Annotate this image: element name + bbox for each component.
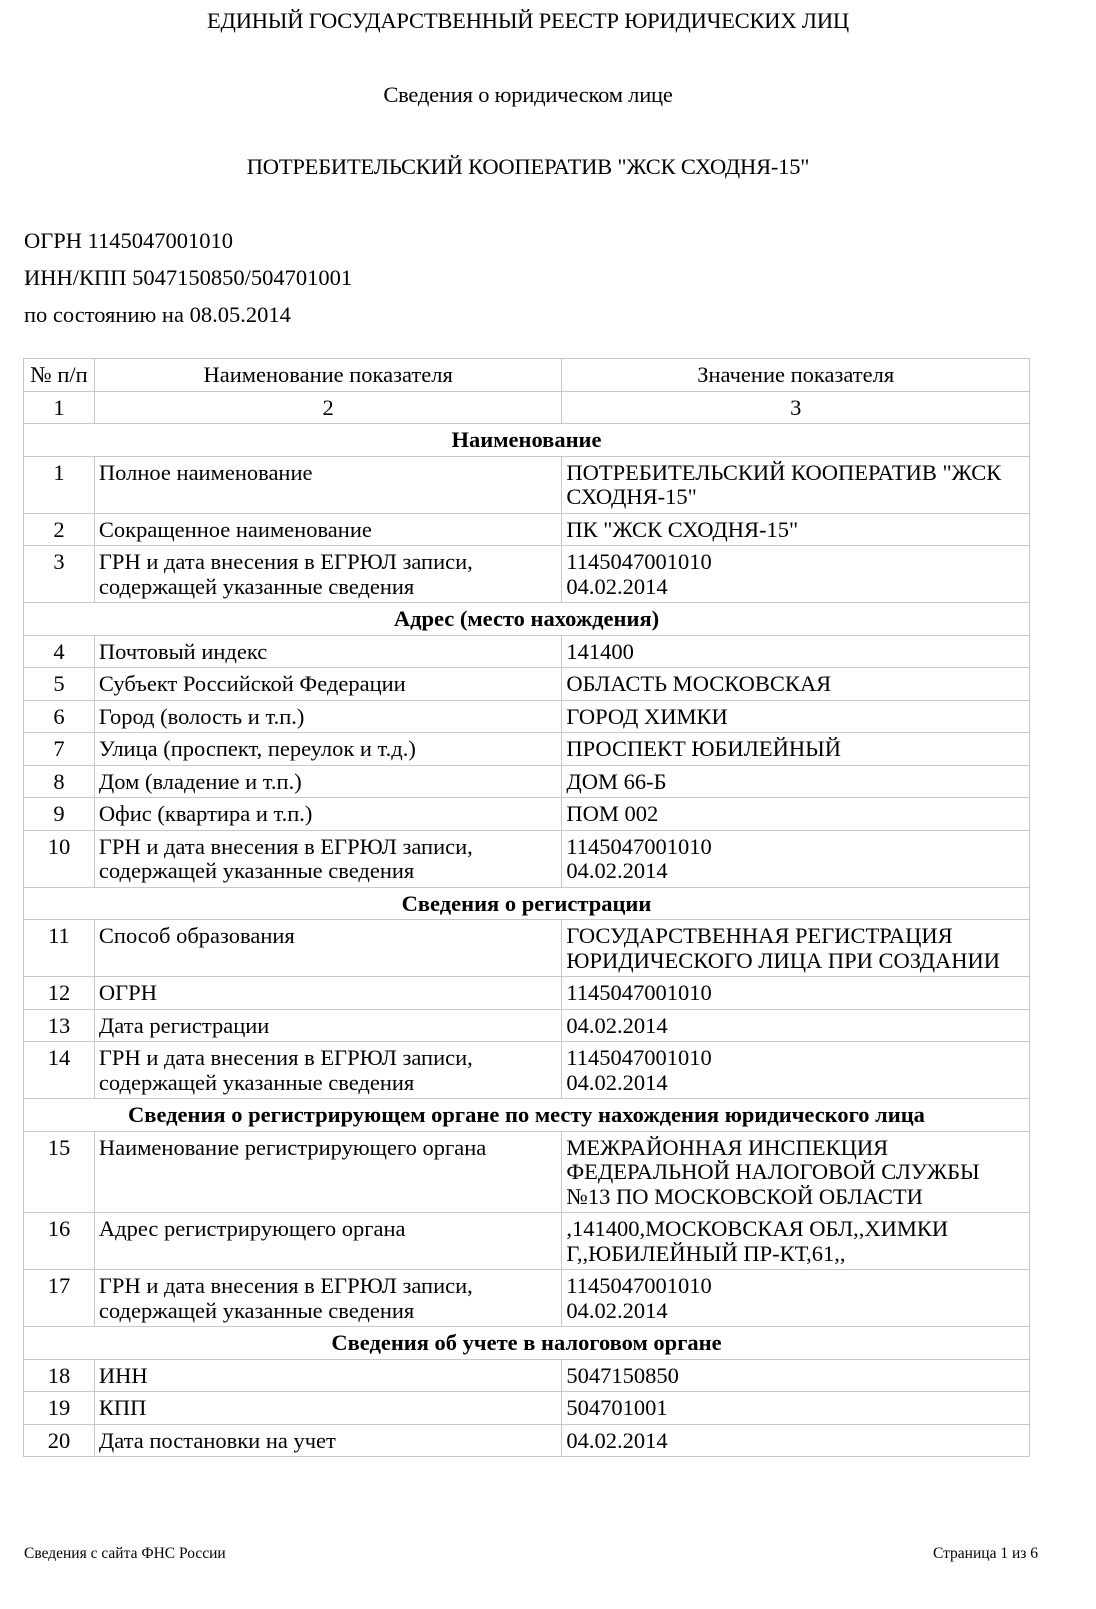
table-row: 11Способ образованияГОСУДАРСТВЕННАЯ РЕГИ… [24,920,1030,977]
table-row: 10ГРН и дата внесения в ЕГРЮЛ записи, со… [24,830,1030,887]
row-number: 12 [24,977,95,1010]
indicator-value: 5047150850 [562,1359,1030,1392]
section-header-row: Сведения о регистрации [24,887,1030,920]
row-number: 20 [24,1424,95,1457]
table-header-row: № п/п Наименование показателя Значение п… [24,359,1030,392]
section-header-row: Сведения об учете в налоговом органе [24,1327,1030,1360]
indicator-name: Дата постановки на учет [94,1424,561,1457]
header-indicator-value: Значение показателя [562,359,1030,392]
indicator-name: ГРН и дата внесения в ЕГРЮЛ записи, соде… [94,1270,561,1327]
footer-source: Сведения с сайта ФНС России [24,1545,226,1563]
section-title: Сведения о регистрирующем органе по мест… [24,1099,1030,1132]
row-number: 18 [24,1359,95,1392]
indicator-value: ГОРОД ХИМКИ [562,700,1030,733]
indicator-name: ИНН [94,1359,561,1392]
row-number: 9 [24,798,95,831]
indicator-name: Сокращенное наименование [94,513,561,546]
inn-kpp-line: ИНН/КПП 5047150850/504701001 [24,265,352,291]
indicator-value: ГОСУДАРСТВЕННАЯ РЕГИСТРАЦИЯ ЮРИДИЧЕСКОГО… [562,920,1030,977]
table-row: 15Наименование регистрирующего органаМЕЖ… [24,1131,1030,1213]
table-row: 19КПП504701001 [24,1392,1030,1425]
row-number: 19 [24,1392,95,1425]
table-row: 3ГРН и дата внесения в ЕГРЮЛ записи, сод… [24,546,1030,603]
table-row: 14ГРН и дата внесения в ЕГРЮЛ записи, со… [24,1042,1030,1099]
indicator-value: ПОТРЕБИТЕЛЬСКИЙ КООПЕРАТИВ "ЖСК СХОДНЯ-1… [562,456,1030,513]
row-number: 2 [24,513,95,546]
indicator-value: ,141400,МОСКОВСКАЯ ОБЛ,,ХИМКИ Г,,ЮБИЛЕЙН… [562,1213,1030,1270]
row-number: 10 [24,830,95,887]
indicator-name: Субъект Российской Федерации [94,668,561,701]
table-row: 9Офис (квартира и т.п.)ПОМ 002 [24,798,1030,831]
indicator-name: ГРН и дата внесения в ЕГРЮЛ записи, соде… [94,546,561,603]
section-header-row: Сведения о регистрирующем органе по мест… [24,1099,1030,1132]
entity-name: ПОТРЕБИТЕЛЬСКИЙ КООПЕРАТИВ "ЖСК СХОДНЯ-1… [0,154,1056,180]
indicator-name: КПП [94,1392,561,1425]
section-title: Наименование [24,424,1030,457]
indicator-value: ДОМ 66-Б [562,765,1030,798]
indicator-value: ОБЛАСТЬ МОСКОВСКАЯ [562,668,1030,701]
section-title: Сведения об учете в налоговом органе [24,1327,1030,1360]
row-number: 15 [24,1131,95,1213]
section-title: Адрес (место нахождения) [24,603,1030,636]
table-row: 2Сокращенное наименованиеПК "ЖСК СХОДНЯ-… [24,513,1030,546]
indicator-value: ПК "ЖСК СХОДНЯ-15" [562,513,1030,546]
indicator-value: 1145047001010 04.02.2014 [562,1042,1030,1099]
registry-title: ЕДИНЫЙ ГОСУДАРСТВЕННЫЙ РЕЕСТР ЮРИДИЧЕСКИ… [0,8,1056,34]
indicator-name: ГРН и дата внесения в ЕГРЮЛ записи, соде… [94,1042,561,1099]
footer-page-number: Страница 1 из 6 [933,1545,1038,1563]
row-number: 3 [24,546,95,603]
table-row: 16Адрес регистрирующего органа,141400,МО… [24,1213,1030,1270]
table-row: 7Улица (проспект, переулок и т.д.)ПРОСПЕ… [24,733,1030,766]
row-number: 16 [24,1213,95,1270]
indicator-value: 1145047001010 [562,977,1030,1010]
indicator-name: ОГРН [94,977,561,1010]
indicator-value: 04.02.2014 [562,1009,1030,1042]
row-number: 14 [24,1042,95,1099]
table-row: 4Почтовый индекс141400 [24,635,1030,668]
header-indicator-name: Наименование показателя [94,359,561,392]
indicator-name: Полное наименование [94,456,561,513]
table-row: 6Город (волость и т.п.)ГОРОД ХИМКИ [24,700,1030,733]
table-row: 13Дата регистрации04.02.2014 [24,1009,1030,1042]
indicator-name: Наименование регистрирующего органа [94,1131,561,1213]
table-row: 17ГРН и дата внесения в ЕГРЮЛ записи, со… [24,1270,1030,1327]
row-number: 17 [24,1270,95,1327]
as-of-date-line: по состоянию на 08.05.2014 [24,302,291,328]
indicator-name: Дата регистрации [94,1009,561,1042]
indicator-value: ПОМ 002 [562,798,1030,831]
row-number: 13 [24,1009,95,1042]
indicator-name: Адрес регистрирующего органа [94,1213,561,1270]
indicator-name: Офис (квартира и т.п.) [94,798,561,831]
registry-table: № п/п Наименование показателя Значение п… [23,358,1030,1457]
indicator-value: ПРОСПЕКТ ЮБИЛЕЙНЫЙ [562,733,1030,766]
section-header-row: Наименование [24,424,1030,457]
table-row: 1Полное наименованиеПОТРЕБИТЕЛЬСКИЙ КООП… [24,456,1030,513]
row-number: 8 [24,765,95,798]
row-number: 7 [24,733,95,766]
row-number: 1 [24,456,95,513]
indicator-value: 1145047001010 04.02.2014 [562,1270,1030,1327]
table-row: 5Субъект Российской ФедерацииОБЛАСТЬ МОС… [24,668,1030,701]
table-row: 8Дом (владение и т.п.)ДОМ 66-Б [24,765,1030,798]
row-number: 6 [24,700,95,733]
column-number-1: 1 [24,391,95,424]
indicator-value: МЕЖРАЙОННАЯ ИНСПЕКЦИЯ ФЕДЕРАЛЬНОЙ НАЛОГО… [562,1131,1030,1213]
section-title: Сведения о регистрации [24,887,1030,920]
indicator-value: 04.02.2014 [562,1424,1030,1457]
indicator-name: Улица (проспект, переулок и т.д.) [94,733,561,766]
indicator-value: 141400 [562,635,1030,668]
column-number-row: 1 2 3 [24,391,1030,424]
column-number-2: 2 [94,391,561,424]
indicator-value: 504701001 [562,1392,1030,1425]
indicator-value: 1145047001010 04.02.2014 [562,546,1030,603]
indicator-value: 1145047001010 04.02.2014 [562,830,1030,887]
row-number: 4 [24,635,95,668]
table-row: 18ИНН5047150850 [24,1359,1030,1392]
indicator-name: Город (волость и т.п.) [94,700,561,733]
ogrn-line: ОГРН 1145047001010 [24,228,233,254]
document-subtitle: Сведения о юридическом лице [0,82,1056,108]
table-row: 20Дата постановки на учет04.02.2014 [24,1424,1030,1457]
column-number-3: 3 [562,391,1030,424]
indicator-name: ГРН и дата внесения в ЕГРЮЛ записи, соде… [94,830,561,887]
table-row: 12ОГРН1145047001010 [24,977,1030,1010]
header-number: № п/п [24,359,95,392]
indicator-name: Дом (владение и т.п.) [94,765,561,798]
row-number: 5 [24,668,95,701]
section-header-row: Адрес (место нахождения) [24,603,1030,636]
indicator-name: Почтовый индекс [94,635,561,668]
indicator-name: Способ образования [94,920,561,977]
row-number: 11 [24,920,95,977]
